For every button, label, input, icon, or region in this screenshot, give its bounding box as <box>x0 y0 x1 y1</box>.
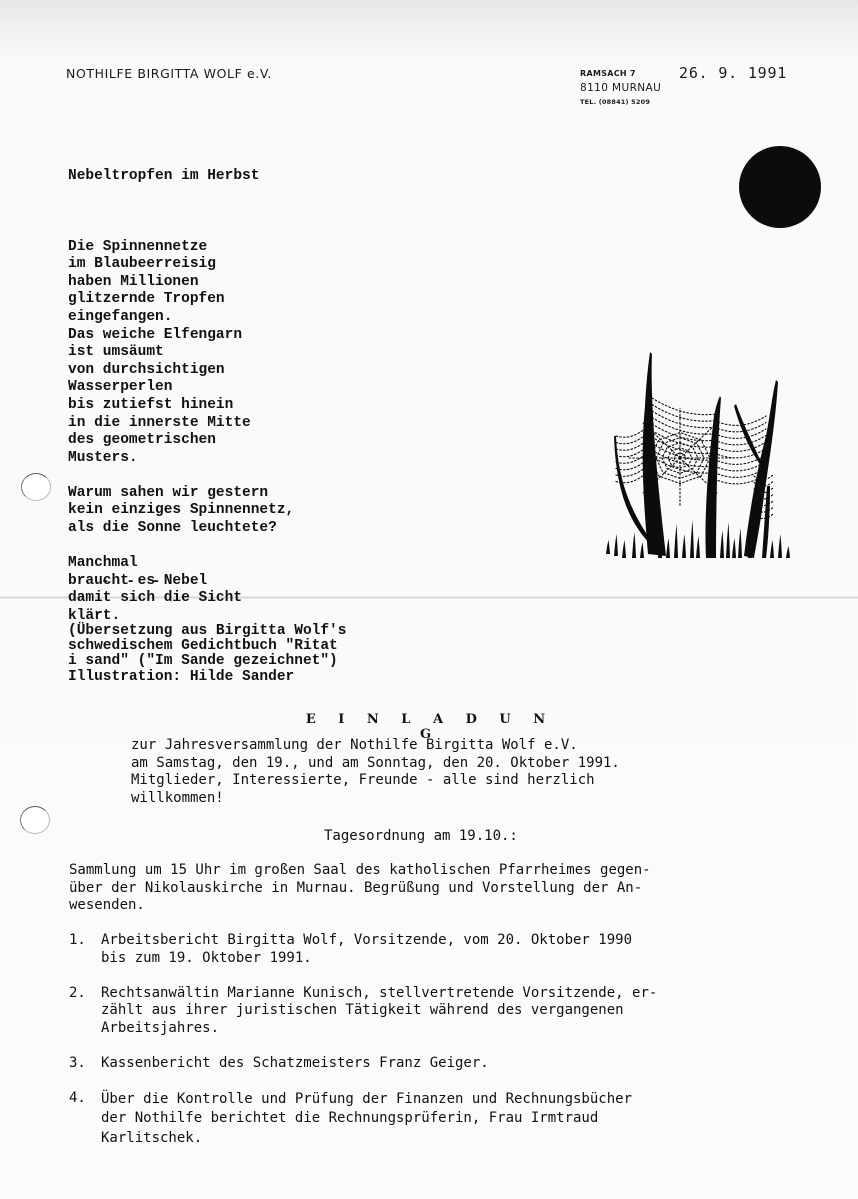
poem-line: ist umsäumt <box>68 344 294 362</box>
agenda-item: 4.Über die Kontrolle und Prüfung der Fin… <box>69 1090 657 1149</box>
poem-stanza: Warum sahen wir gesternkein einziges Spi… <box>68 485 294 538</box>
agenda-item: 2.Rechtsanwältin Marianne Kunisch, stell… <box>69 985 657 1038</box>
poem-stanzas: Die Spinnennetzeim Blaubeerreisighaben M… <box>68 239 294 626</box>
poem-line: kein einziges Spinnennetz, <box>68 502 294 520</box>
grass-blade <box>696 536 700 558</box>
invitation-line: willkommen! <box>131 790 620 808</box>
letter-date: 26. 9. 1991 <box>679 64 787 82</box>
agenda-list: 1.Arbeitsbericht Birgitta Wolf, Vorsitze… <box>69 932 657 1166</box>
poem-title: Nebeltropfen im Herbst <box>68 168 294 186</box>
poem-stanza: Die Spinnennetzeim Blaubeerreisighaben M… <box>68 239 294 468</box>
poem-line: von durchsichtigen <box>68 362 294 380</box>
grass-blade <box>682 534 686 558</box>
poem-line: Manchmal <box>68 555 294 573</box>
grass-blade <box>738 528 742 558</box>
poem-line: eingefangen. <box>68 309 294 327</box>
agenda-item-number: 1. <box>69 932 101 967</box>
agenda-item-number: 4. <box>69 1090 101 1149</box>
agenda-item: 3.Kassenbericht des Schatzmeisters Franz… <box>69 1055 657 1073</box>
grass-blade <box>732 538 736 558</box>
agenda-item-number: 3. <box>69 1055 101 1073</box>
poem-separator: - - - <box>101 574 165 590</box>
poem-line: Das weiche Elfengarn <box>68 327 294 345</box>
grass-blade <box>632 532 636 558</box>
grass-blade <box>674 524 678 558</box>
invitation-body: zur Jahresversammlung der Nothilfe Birgi… <box>131 737 620 807</box>
poem-line: Musters. <box>68 450 294 468</box>
grass-blade <box>640 542 644 558</box>
agenda-heading: Tagesordnung am 19.10.: <box>324 828 518 844</box>
poem-credits: (Übersetzung aus Birgitta Wolf'sschwedis… <box>68 624 346 685</box>
agenda-item-text: Arbeitsbericht Birgitta Wolf, Vorsitzend… <box>101 932 632 967</box>
agenda-intro-line: wesenden. <box>69 897 809 915</box>
agenda-intro-line: Sammlung um 15 Uhr im großen Saal des ka… <box>69 862 809 880</box>
web-drape <box>652 405 716 422</box>
grass-blade <box>666 538 670 558</box>
address-telephone: TEL. (08841) 5209 <box>580 99 661 106</box>
poem-line: bis zutiefst hinein <box>68 397 294 415</box>
grass-blade <box>622 540 626 558</box>
poem-line: in die innerste Mitte <box>68 415 294 433</box>
invitation-line: zur Jahresversammlung der Nothilfe Birgi… <box>131 737 620 755</box>
grass-blade <box>770 540 774 558</box>
address-city: 8110 MURNAU <box>580 83 661 94</box>
letterhead-address: RAMSACH 7 8110 MURNAU TEL. (08841) 5209 <box>580 70 661 105</box>
credit-line: schwedischem Gedichtbuch "Ritat <box>68 639 346 654</box>
grass-blade <box>726 522 730 558</box>
grass-blade <box>778 534 782 558</box>
grass-blade <box>690 520 694 558</box>
web-drape <box>652 418 716 435</box>
credit-line: Illustration: Hilde Sander <box>68 670 346 685</box>
credit-line: i sand" ("Im Sande gezeichnet") <box>68 654 346 669</box>
grass-blade <box>786 546 790 558</box>
punch-hole-upper <box>21 473 51 501</box>
grass-blade <box>606 540 610 554</box>
poem-line: als die Sonne leuchtete? <box>68 520 294 538</box>
poem-line: glitzernde Tropfen <box>68 291 294 309</box>
agenda-item-text: Kassenbericht des Schatzmeisters Franz G… <box>101 1055 489 1073</box>
poem-line: Die Spinnennetze <box>68 239 294 257</box>
poem-line: des geometrischen <box>68 432 294 450</box>
poem-line: haben Millionen <box>68 274 294 292</box>
branch-stroke <box>643 352 666 556</box>
invitation-line: Mitglieder, Interessierte, Freunde - all… <box>131 772 620 790</box>
agenda-item-text: Über die Kontrolle und Prüfung der Finan… <box>101 1090 632 1149</box>
black-dot-marker <box>739 146 821 228</box>
web-drape <box>652 411 716 428</box>
punch-hole-lower <box>20 806 50 834</box>
agenda-intro: Sammlung um 15 Uhr im großen Saal des ka… <box>69 862 809 915</box>
branch-stroke <box>734 404 764 470</box>
grass-blade <box>614 534 618 556</box>
spider-web-illustration-icon <box>604 346 794 566</box>
address-street: RAMSACH 7 <box>580 70 661 78</box>
poem-line: im Blaubeerreisig <box>68 256 294 274</box>
poem-stanza: Manchmalbraucht es Nebeldamit sich die S… <box>68 555 294 625</box>
web-drape <box>652 398 716 415</box>
poem-line: Warum sahen wir gestern <box>68 485 294 503</box>
poem-line: Wasserperlen <box>68 379 294 397</box>
agenda-intro-line: über der Nikolauskirche in Murnau. Begrü… <box>69 880 809 898</box>
agenda-item-text: Rechtsanwältin Marianne Kunisch, stellve… <box>101 985 657 1038</box>
letterhead-organization: NOTHILFE BIRGITTA WOLF e.V. <box>66 66 272 81</box>
grass-blade <box>720 530 724 558</box>
invitation-line: am Samstag, den 19., und am Sonntag, den… <box>131 755 620 773</box>
agenda-item-number: 2. <box>69 985 101 1038</box>
credit-line: (Übersetzung aus Birgitta Wolf's <box>68 624 346 639</box>
poem-line: damit sich die Sicht <box>68 590 294 608</box>
agenda-item: 1.Arbeitsbericht Birgitta Wolf, Vorsitze… <box>69 932 657 967</box>
web-drape <box>652 424 716 441</box>
